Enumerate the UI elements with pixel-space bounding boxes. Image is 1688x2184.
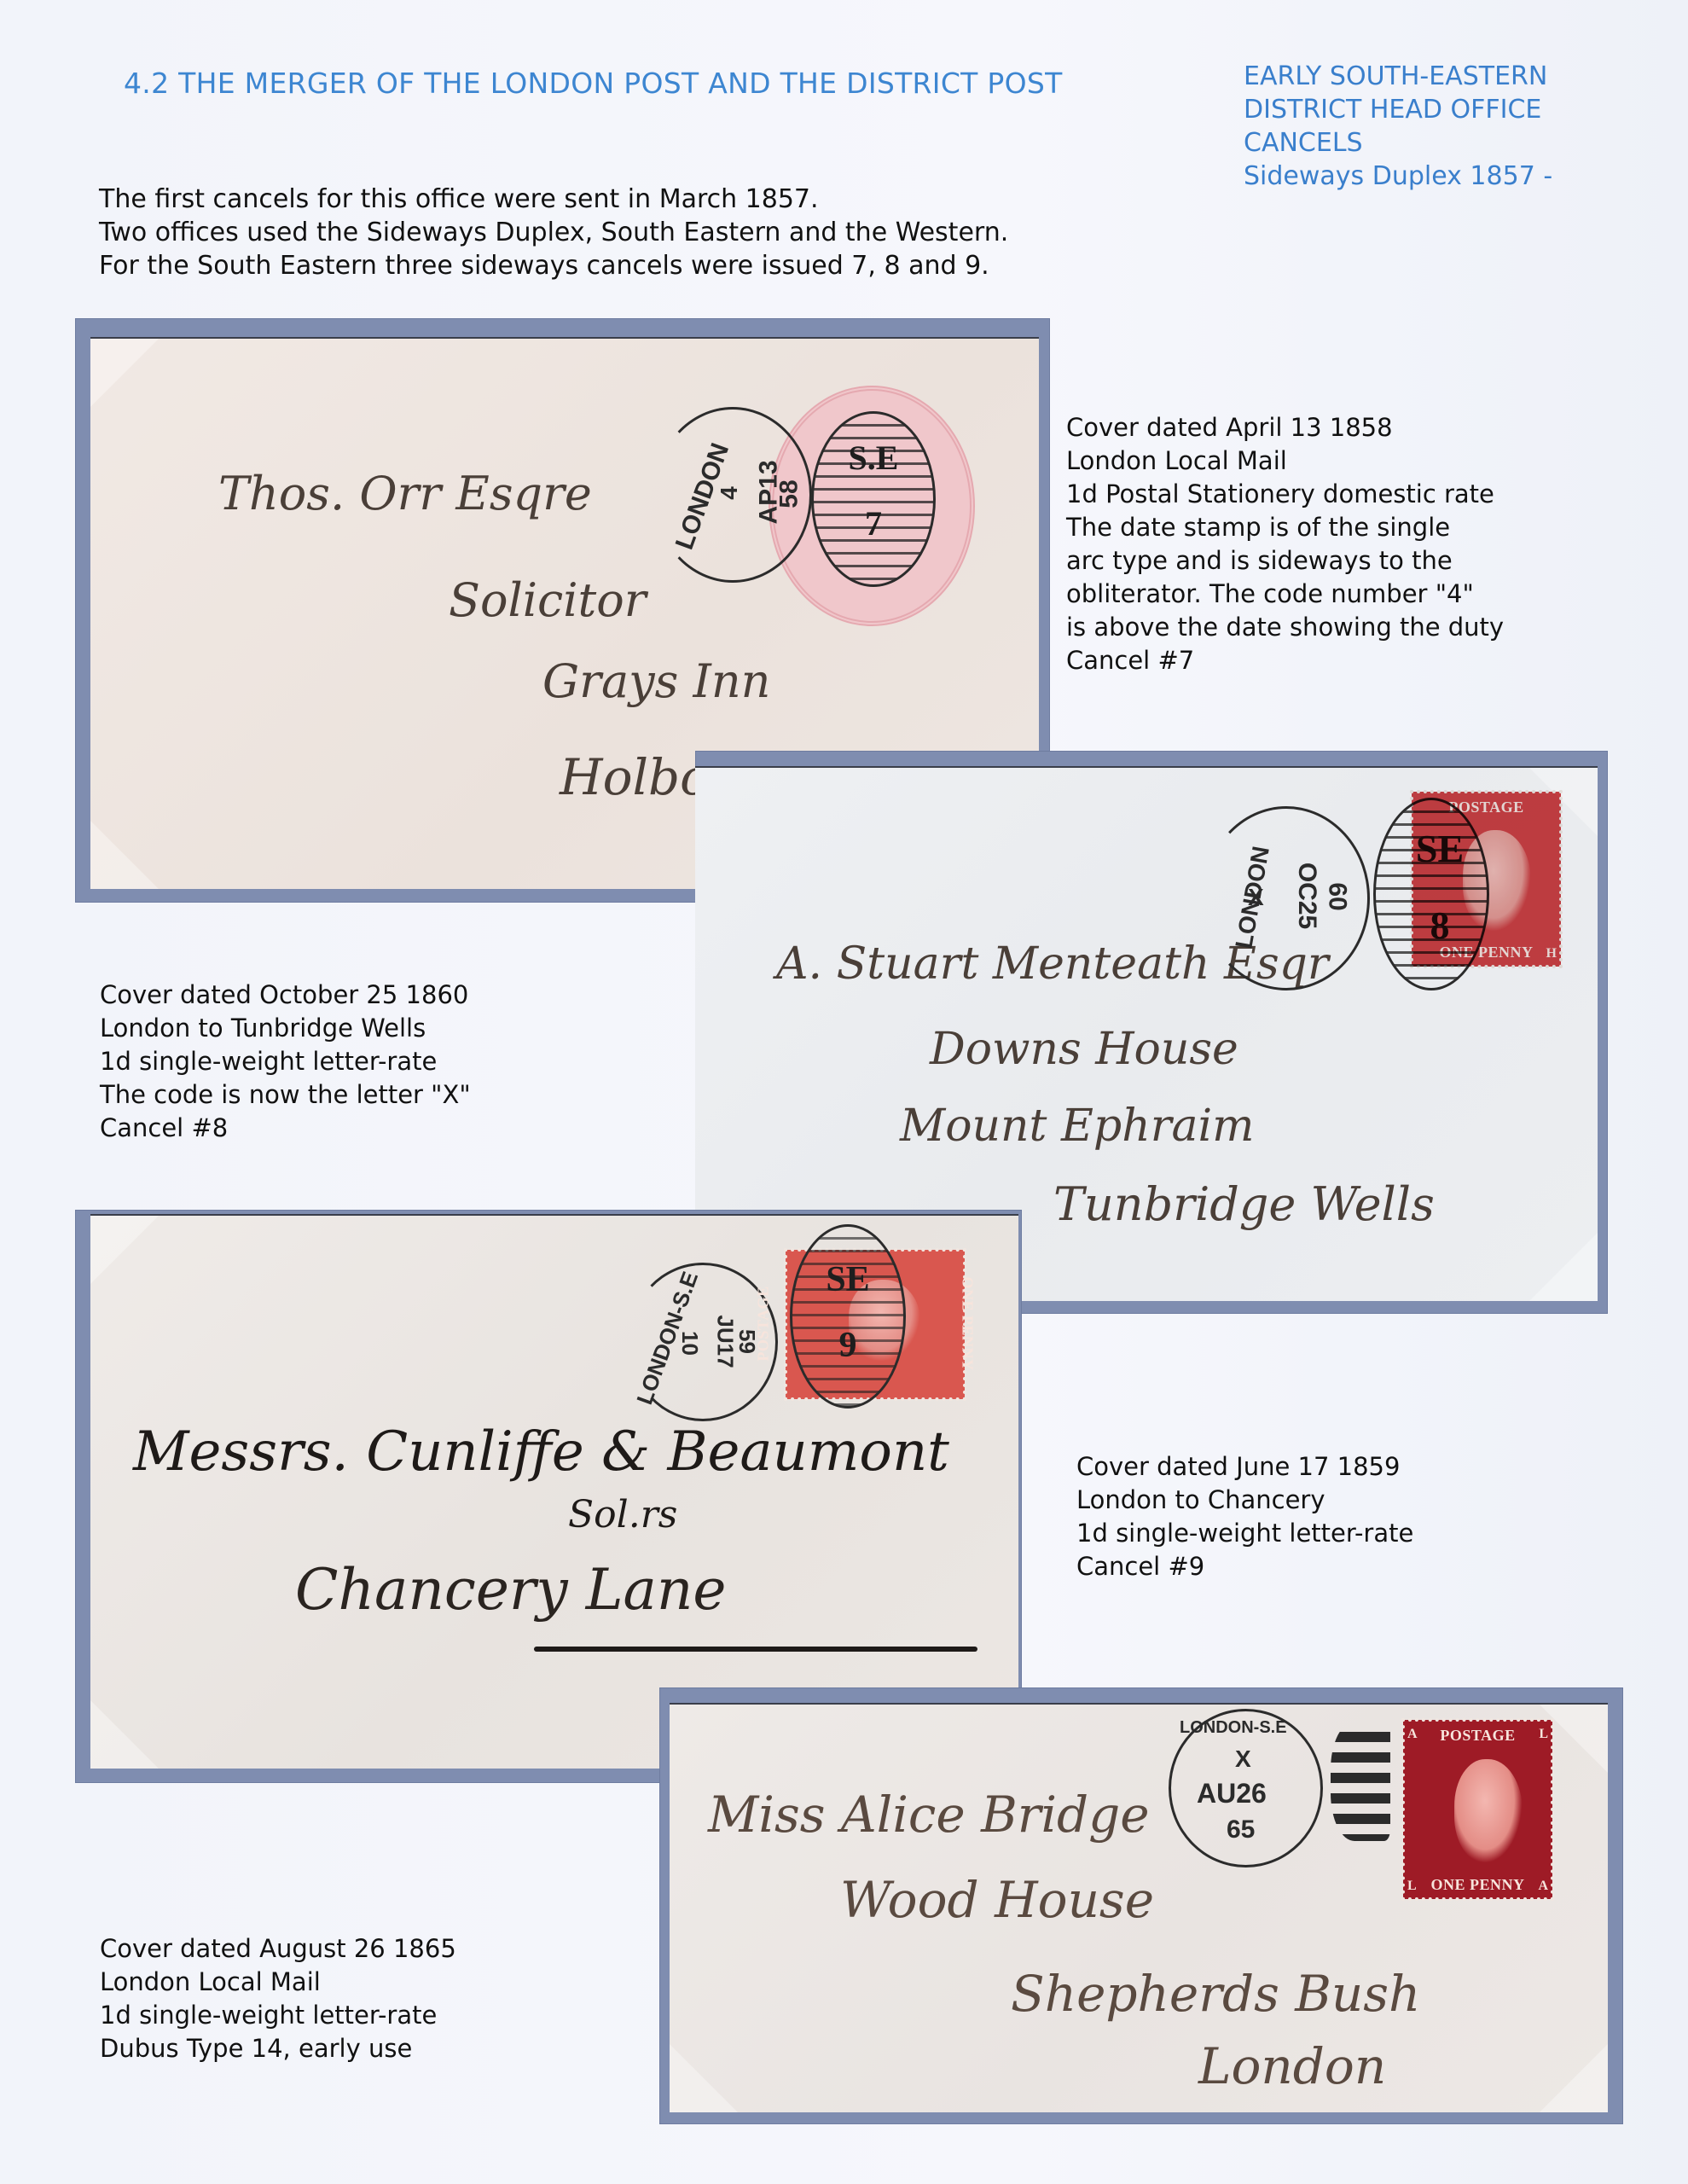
queen-portrait — [1454, 1759, 1523, 1863]
caption-line: Cover dated August 26 1865 — [100, 1932, 456, 1966]
datestamp-date: AU26 — [1197, 1778, 1267, 1809]
caption-line: 1d single-weight letter-rate — [100, 1999, 456, 2032]
caption-line: London Local Mail — [1066, 444, 1504, 478]
caption-line: obliterator. The code number "4" — [1066, 578, 1504, 611]
obliterator-number: 7 — [814, 503, 933, 543]
intro-line: The first cancels for this office were s… — [99, 183, 1008, 216]
datestamp-year: 60 — [1323, 882, 1352, 910]
caption-line: Cover dated October 25 1860 — [100, 979, 471, 1012]
address-line: Solicitor — [449, 573, 647, 627]
side-heading-line: CANCELS — [1244, 126, 1552, 160]
side-heading-line: Sideways Duplex 1857 - — [1244, 160, 1552, 193]
stamp-check-letter: L — [1539, 1727, 1548, 1742]
datestamp: LONDON 4 AP13 58 — [653, 407, 812, 583]
photo-corner — [1529, 1233, 1598, 1301]
intro-line: Two offices used the Sideways Duplex, So… — [99, 216, 1008, 249]
caption-line: London to Chancery — [1076, 1484, 1413, 1517]
intro-line: For the South Eastern three sideways can… — [99, 249, 1008, 282]
stamp-label-top: POSTAGE — [755, 1286, 773, 1361]
caption-line: 1d Postal Stationery domestic rate — [1066, 478, 1504, 511]
address-line: Sol.rs — [568, 1493, 677, 1536]
caption-line: Cancel #9 — [1076, 1550, 1413, 1583]
caption-line: arc type and is sideways to the — [1066, 544, 1504, 578]
caption-line: Cancel #8 — [100, 1112, 471, 1145]
caption-line: Cover dated April 13 1858 — [1066, 411, 1504, 444]
stamp-label-bottom: ONE PENNY — [958, 1276, 976, 1370]
stamp-label-bottom: ONE PENNY — [1403, 1876, 1552, 1894]
address-line: Mount Ephraim — [900, 1101, 1255, 1152]
datestamp-code: 4 — [716, 486, 743, 500]
caption-line: Cancel #7 — [1066, 644, 1504, 677]
caption-line: Dubus Type 14, early use — [100, 2032, 456, 2065]
address-line: Messrs. Cunliffe & Beaumont — [133, 1420, 949, 1484]
page-title: 4.2 THE MERGER OF THE LONDON POST AND TH… — [124, 67, 1063, 100]
address-line: Miss Alice Bridge — [708, 1786, 1150, 1844]
penny-red-stamp: POSTAGE A L ONE PENNY L A — [1403, 1720, 1552, 1899]
address-line: Tunbridge Wells — [1053, 1177, 1435, 1231]
cover-caption-1: Cover dated April 13 1858 London Local M… — [1066, 411, 1504, 677]
numeral-bars — [1331, 1722, 1390, 1841]
photo-corner — [670, 2044, 738, 2112]
stamp-check-letter: A — [1407, 1727, 1418, 1742]
datestamp: LONDON X OC25 60 — [1203, 806, 1370, 990]
stamp-check-letter: L — [1407, 1879, 1417, 1894]
photo-corner — [90, 1700, 159, 1769]
datestamp-year: 65 — [1227, 1815, 1255, 1844]
caption-line: The code is now the letter "X" — [100, 1078, 471, 1112]
stamp-label-bottom: ONE PENNY — [1412, 944, 1561, 961]
cover-mount-4: Miss Alice Bridge Wood House Shepherds B… — [659, 1687, 1623, 2124]
queen-portrait — [1463, 830, 1532, 932]
datestamp-code: X — [1235, 1745, 1251, 1773]
obliterator-office: S.E — [814, 438, 933, 478]
address-line: Grays Inn — [542, 654, 770, 708]
penny-red-stamp: POSTAGE ONE PENNY H — [1412, 792, 1561, 967]
stamp-label-top: POSTAGE — [1412, 799, 1561, 816]
stamp-label-top: POSTAGE — [1403, 1727, 1552, 1745]
caption-line: The date stamp is of the single — [1066, 511, 1504, 544]
address-line: Chancery Lane — [295, 1557, 726, 1623]
duplex-obliterator: S.E 7 — [811, 411, 936, 587]
caption-line: London to Tunbridge Wells — [100, 1012, 471, 1045]
stamp-check-letter: H — [1546, 946, 1557, 961]
photo-corner — [1540, 2044, 1608, 2112]
caption-line: 1d single-weight letter-rate — [1076, 1517, 1413, 1550]
photo-corner — [90, 821, 159, 889]
datestamp-town: LONDON-S.E — [1180, 1718, 1287, 1738]
address-line: Shepherds Bush — [1011, 1965, 1420, 2023]
obliterator-office: SE — [792, 1259, 903, 1300]
cover-caption-4: Cover dated August 26 1865 London Local … — [100, 1932, 456, 2065]
side-heading: EARLY SOUTH-EASTERN DISTRICT HEAD OFFICE… — [1244, 60, 1552, 193]
underline-flourish — [534, 1647, 977, 1652]
caption-line: 1d single-weight letter-rate — [100, 1045, 471, 1078]
stamp-check-letter: A — [1538, 1879, 1548, 1894]
side-heading-line: EARLY SOUTH-EASTERN — [1244, 60, 1552, 93]
photo-corner — [90, 339, 159, 407]
datestamp-date: OC25 — [1292, 863, 1321, 929]
intro-text: The first cancels for this office were s… — [99, 183, 1008, 282]
address-line: Thos. Orr Esqre — [218, 467, 592, 520]
obliterator-number: 9 — [792, 1325, 903, 1366]
datestamp-code: X — [1248, 884, 1264, 911]
photo-corner — [90, 1216, 159, 1284]
datestamp-year: 58 — [775, 479, 804, 508]
cover-caption-2: Cover dated October 25 1860 London to Tu… — [100, 979, 471, 1145]
address-line: London — [1198, 2037, 1386, 2095]
cover-3: Messrs. Cunliffe & Beaumont Sol.rs Chanc… — [90, 1214, 1018, 1769]
side-heading-line: DISTRICT HEAD OFFICE — [1244, 93, 1552, 126]
datestamp: LONDON-S.E X AU26 65 — [1169, 1709, 1323, 1867]
caption-line: is above the date showing the duty — [1066, 611, 1504, 644]
cover-caption-3: Cover dated June 17 1859 London to Chanc… — [1076, 1450, 1413, 1583]
cover-4: Miss Alice Bridge Wood House Shepherds B… — [670, 1703, 1608, 2112]
duplex-obliterator: SE 9 — [790, 1224, 906, 1409]
caption-line: London Local Mail — [100, 1966, 456, 1999]
datestamp-code: 10 — [676, 1331, 703, 1356]
address-line: Downs House — [930, 1024, 1238, 1075]
address-line: Wood House — [840, 1871, 1154, 1929]
caption-line: Cover dated June 17 1859 — [1076, 1450, 1413, 1484]
